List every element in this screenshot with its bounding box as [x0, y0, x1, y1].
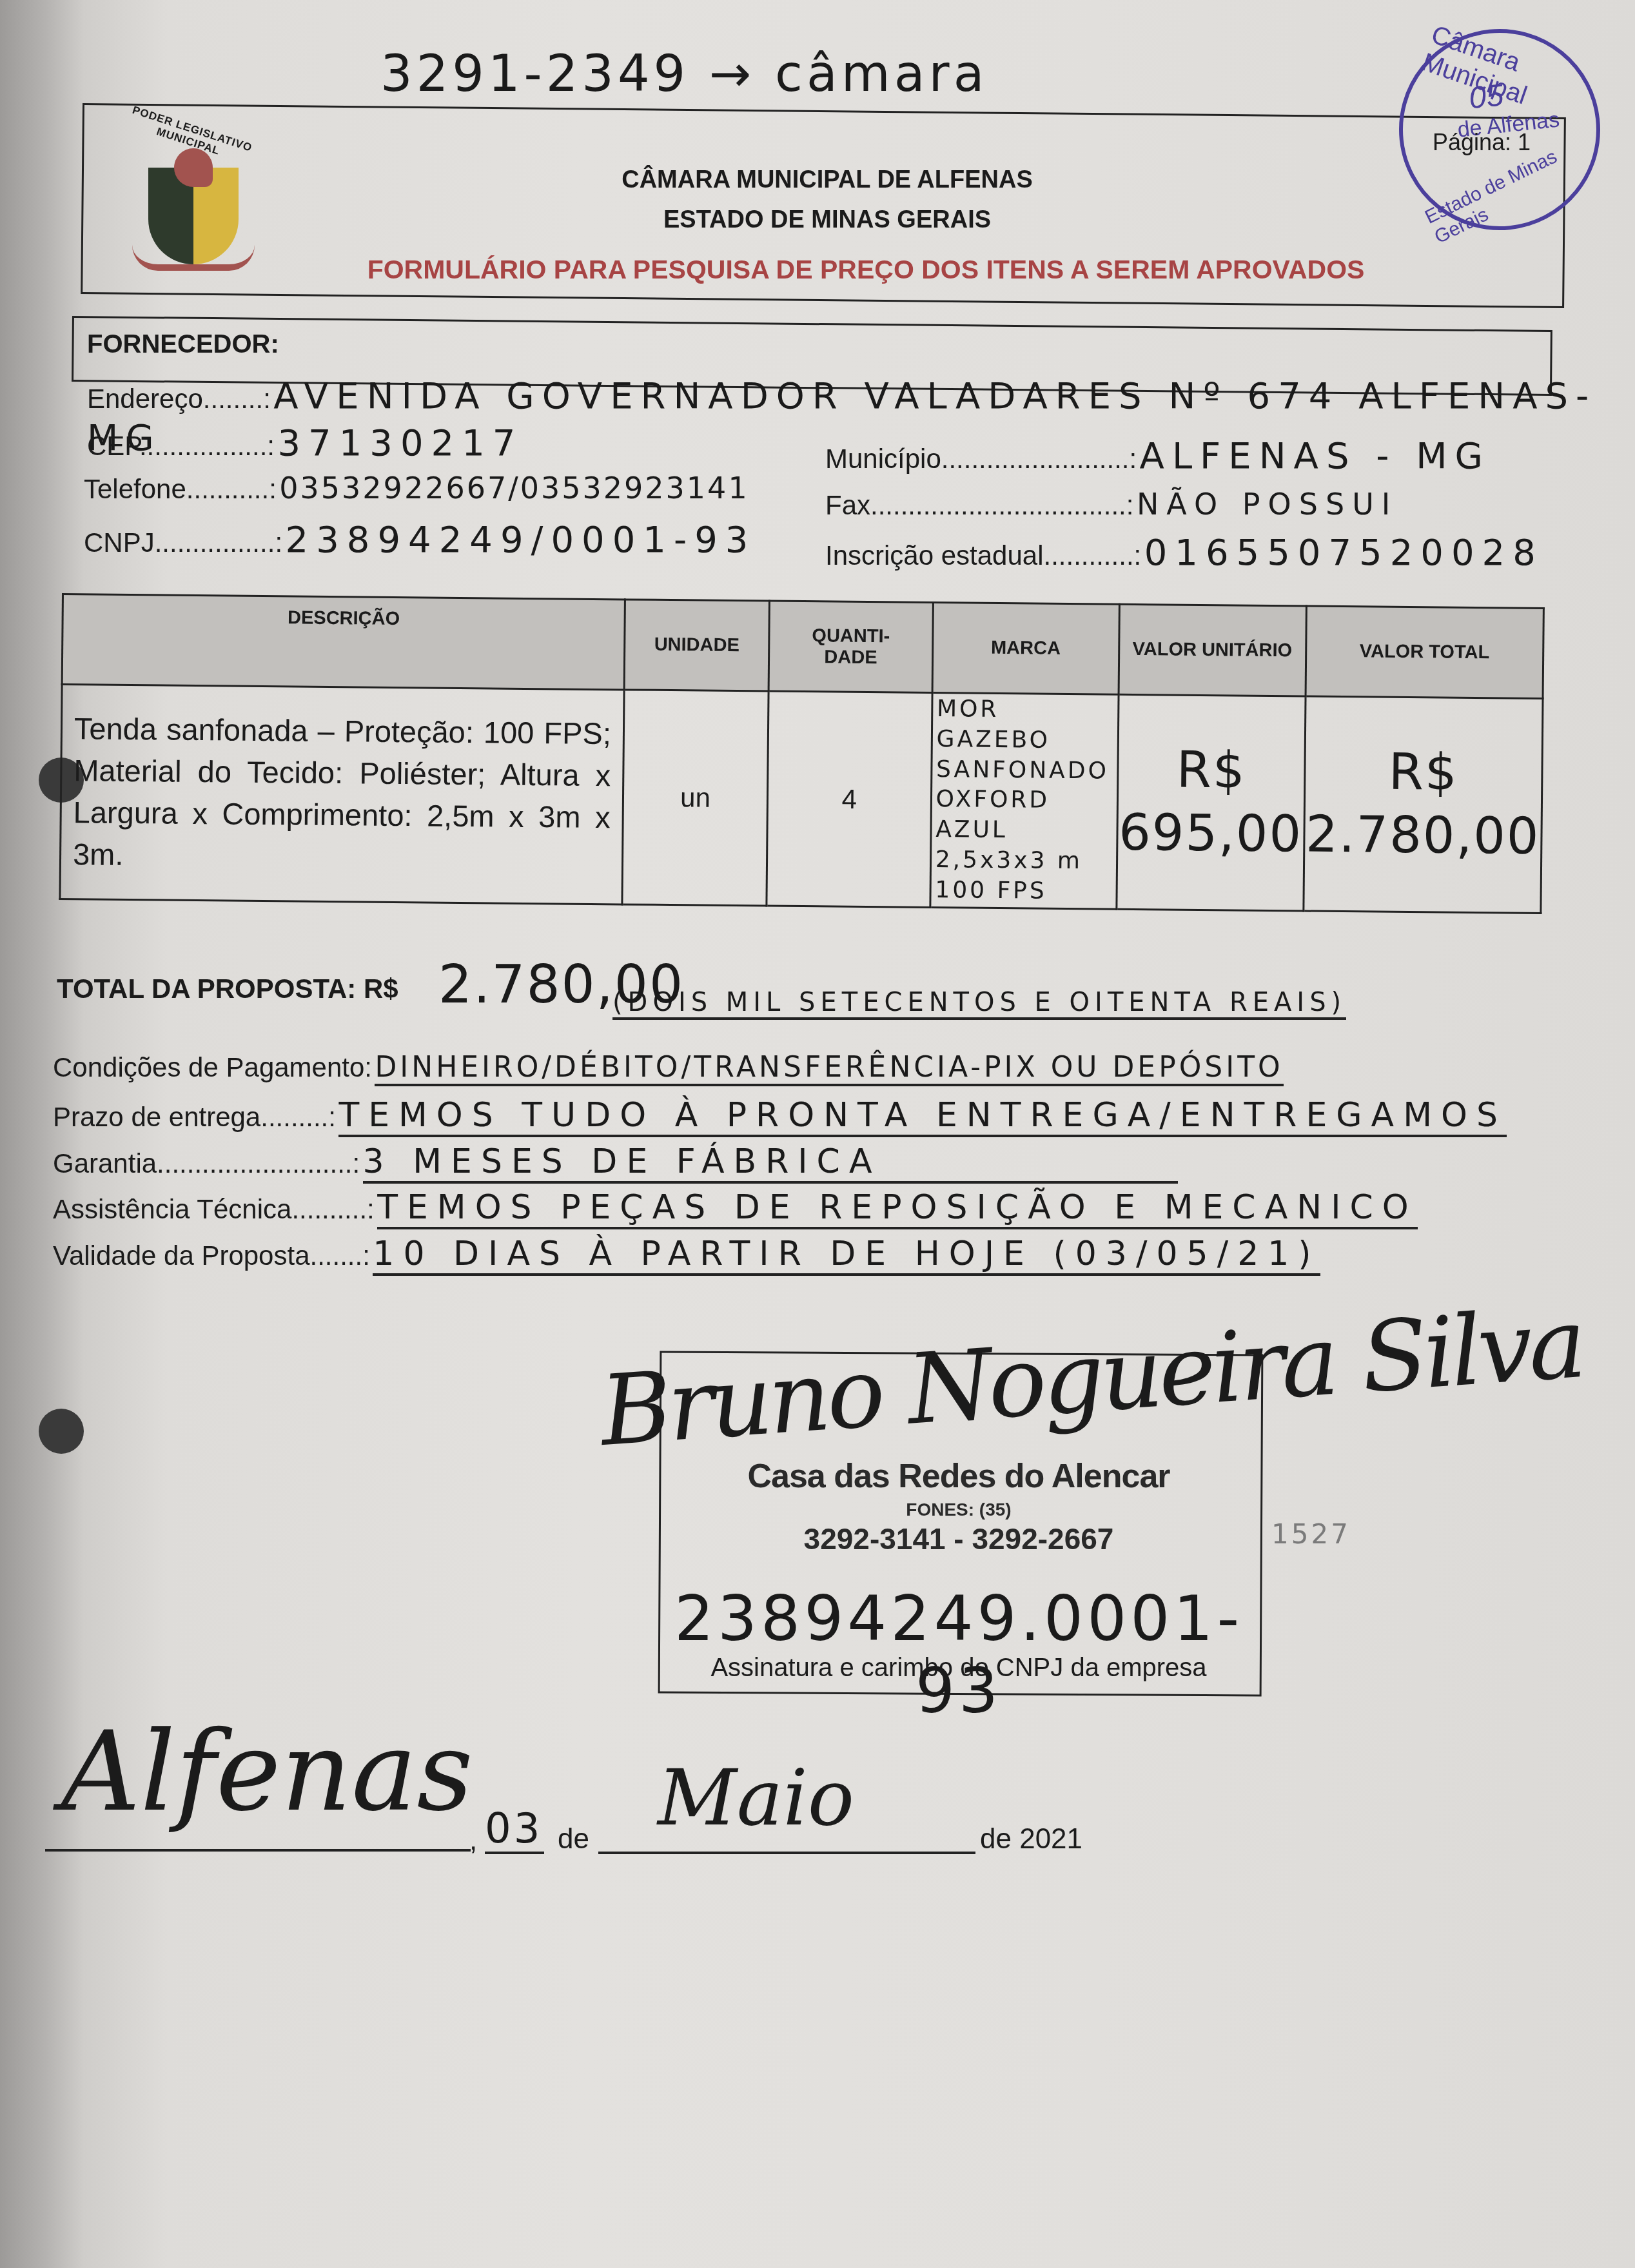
cell-unidade: un: [622, 690, 769, 906]
field-value: 23894249/0001-93: [286, 519, 756, 561]
condition-value: TEMOS PEÇAS DE REPOSIÇÃO E MECANICO: [377, 1188, 1418, 1229]
field-fax: Fax..................................: N…: [825, 487, 1398, 522]
total-in-words: (DOIS MIL SETECENTOS E OITENTA REAIS): [612, 988, 1346, 1020]
signature-caption: Assinatura e carimbo do CNPJ da empresa: [659, 1654, 1258, 1683]
condition-value: DINHEIRO/DÉBITO/TRANSFERÊNCIA-PIX OU DEP…: [375, 1051, 1283, 1086]
date-month: Maio: [658, 1754, 854, 1843]
page-number: Página: 1: [1433, 129, 1531, 156]
condition-value: 3 MESES DE FÁBRICA: [363, 1142, 1178, 1184]
cell-valor-unitario: R$ 695,00: [1117, 694, 1306, 910]
cell-descricao: Tenda sanfonada – Proteção: 100 FPS; Mat…: [60, 685, 624, 904]
field-label: Município.........................:: [825, 444, 1137, 474]
field-cnpj: CNPJ................: 23894249/0001-93: [84, 519, 756, 561]
table-row: Tenda sanfonada – Proteção: 100 FPS; Mat…: [60, 685, 1543, 914]
field-value: 03532922667/03532923141: [279, 471, 749, 505]
company-stamp-name: Casa das Redes do Alencar: [659, 1457, 1258, 1496]
stamp-number: 05: [1467, 77, 1505, 116]
field-telefone: Telefone...........: 03532922667/0353292…: [84, 471, 749, 505]
cell-marca: MOR GAZEBO SANFONADO OXFORD AZUL 2,5x3x3…: [930, 692, 1119, 908]
condition-validade-proposta: Validade da Proposta.......: 10 DIAS À P…: [53, 1235, 1320, 1273]
condition-label: Condições de Pagamento:: [53, 1052, 372, 1082]
condition-prazo-entrega: Prazo de entrega.........: TEMOS TUDO À …: [53, 1096, 1507, 1135]
header-title: CÂMARA MUNICIPAL DE ALFENAS: [0, 166, 1635, 194]
field-inscricao-estadual: Inscrição estadual............: 01655075…: [825, 532, 1543, 574]
column-header-quantidade: QUANTI- DADE: [769, 601, 933, 692]
date-month-line: [598, 1852, 975, 1854]
column-header-valor-total: VALOR TOTAL: [1306, 606, 1544, 699]
items-table: DESCRIÇÃO UNIDADE QUANTI- DADE MARCA VAL…: [59, 593, 1544, 914]
condition-label: Prazo de entrega.........:: [53, 1102, 336, 1132]
table-header-row: DESCRIÇÃO UNIDADE QUANTI- DADE MARCA VAL…: [62, 594, 1543, 699]
field-municipio: Município.........................: ALFE…: [825, 435, 1491, 477]
date-city: Alfenas: [61, 1708, 473, 1836]
date-connector: de: [558, 1823, 589, 1855]
condition-value: TEMOS TUDO À PRONTA ENTREGA/ENTREGAMOS: [338, 1096, 1507, 1137]
condition-label: Validade da Proposta.......:: [53, 1240, 370, 1271]
field-label: Endereço........:: [87, 384, 271, 414]
condition-label: Garantia..........................:: [53, 1148, 360, 1178]
handwritten-phone-note: 3291-2349 → câmara: [380, 45, 988, 103]
date-year: de 2021: [980, 1823, 1082, 1855]
field-label: CNPJ................:: [84, 527, 282, 558]
form-title: FORMULÁRIO PARA PESQUISA DE PREÇO DOS IT…: [0, 255, 1635, 285]
field-label: CEP.................:: [87, 431, 275, 461]
date-city-line: [45, 1849, 471, 1852]
total-label: TOTAL DA PROPOSTA: R$: [57, 973, 398, 1004]
column-header-valor-unitario: VALOR UNITÁRIO: [1119, 604, 1306, 696]
cell-quantidade: 4: [767, 691, 932, 907]
condition-value: 10 DIAS À PARTIR DE HOJE (03/05/21): [373, 1235, 1320, 1276]
field-label: Inscrição estadual............:: [825, 540, 1141, 571]
field-label: Telefone...........:: [84, 474, 277, 504]
field-value: 0165507520028: [1144, 532, 1543, 574]
field-cep: CEP.................: 37130217: [87, 422, 523, 464]
date-day: 03: [485, 1805, 542, 1853]
pencil-side-note: 1527: [1271, 1518, 1351, 1550]
condition-label: Assistência Técnica..........:: [53, 1194, 375, 1224]
condition-pagamento: Condições de Pagamento: DINHEIRO/DÉBITO/…: [53, 1051, 1284, 1084]
field-value: ALFENAS - MG: [1140, 435, 1491, 477]
field-label: Fax..................................:: [825, 490, 1133, 520]
column-header-descricao: DESCRIÇÃO: [62, 594, 625, 690]
column-header-unidade: UNIDADE: [624, 600, 770, 691]
field-value: 37130217: [277, 422, 523, 464]
cell-valor-total: R$ 2.780,00: [1303, 696, 1543, 913]
company-stamp-phones: 3292-3141 - 3292-2667: [659, 1521, 1258, 1556]
column-header-marca: MARCA: [932, 602, 1119, 694]
date-comma: ,: [469, 1824, 477, 1857]
company-stamp-fones-label: FONES: (35): [659, 1500, 1258, 1520]
supplier-section-label: FORNECEDOR:: [87, 330, 279, 359]
date-day-line: [485, 1852, 544, 1854]
field-value: NÃO POSSUI: [1137, 487, 1398, 522]
condition-garantia: Garantia..........................: 3 ME…: [53, 1142, 1178, 1181]
condition-assistencia-tecnica: Assistência Técnica..........: TEMOS PEÇ…: [53, 1188, 1418, 1227]
header-subtitle: ESTADO DE MINAS GERAIS: [0, 206, 1635, 234]
punch-hole: [39, 1409, 84, 1454]
